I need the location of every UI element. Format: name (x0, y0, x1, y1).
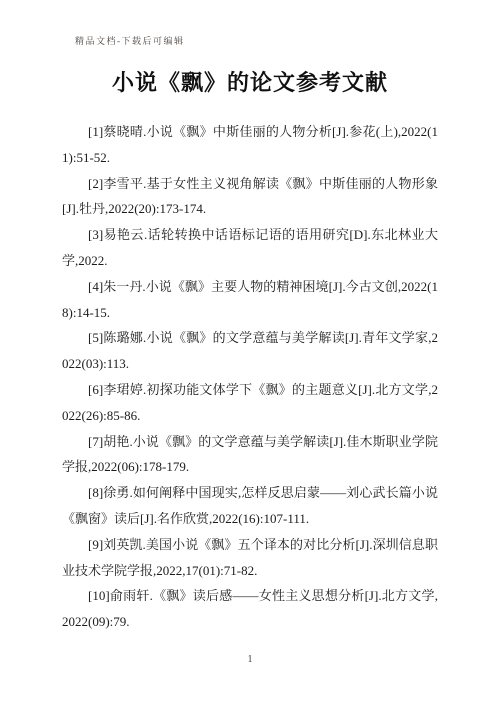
reference-entry-6: [6]李珺婷.初探功能文体学下《飘》的主题意义[J].北方文学,2022(26)… (62, 377, 438, 429)
reference-list: [1]蔡晓晴.小说《飘》中斯佳丽的人物分析[J].参花(上),2022(11):… (62, 119, 438, 635)
page-number: 1 (0, 654, 500, 665)
reference-entry-9: [9]刘英凯.美国小说《飘》五个译本的对比分析[J].深圳信息职业技术学院学报,… (62, 532, 438, 584)
watermark-label: 精品文档-下载后可编辑 (75, 34, 185, 47)
reference-entry-5: [5]陈璐娜.小说《飘》的文学意蕴与美学解读[J].青年文学家,2022(03)… (62, 325, 438, 377)
reference-entry-10: [10]俞雨轩.《飘》读后感——女性主义思想分析[J].北方文学,2022(09… (62, 583, 438, 635)
document-page: 精品文档-下载后可编辑 小说《飘》的论文参考文献 [1]蔡晓晴.小说《飘》中斯佳… (0, 0, 500, 707)
reference-entry-2: [2]李雪平.基于女性主义视角解读《飘》中斯佳丽的人物形象[J].牡丹,2022… (62, 171, 438, 223)
reference-entry-3: [3]易艳云.话轮转换中话语标记语的语用研究[D].东北林业大学,2022. (62, 222, 438, 274)
reference-entry-8: [8]徐勇.如何阐释中国现实,怎样反思启蒙——刘心武长篇小说《飘窗》读后[J].… (62, 480, 438, 532)
page-title: 小说《飘》的论文参考文献 (0, 0, 500, 97)
reference-entry-4: [4]朱一丹.小说《飘》主要人物的精神困境[J].今古文创,2022(18):1… (62, 274, 438, 326)
reference-entry-7: [7]胡艳.小说《飘》的文学意蕴与美学解读[J].佳木斯职业学院学报,2022(… (62, 429, 438, 481)
reference-entry-1: [1]蔡晓晴.小说《飘》中斯佳丽的人物分析[J].参花(上),2022(11):… (62, 119, 438, 171)
